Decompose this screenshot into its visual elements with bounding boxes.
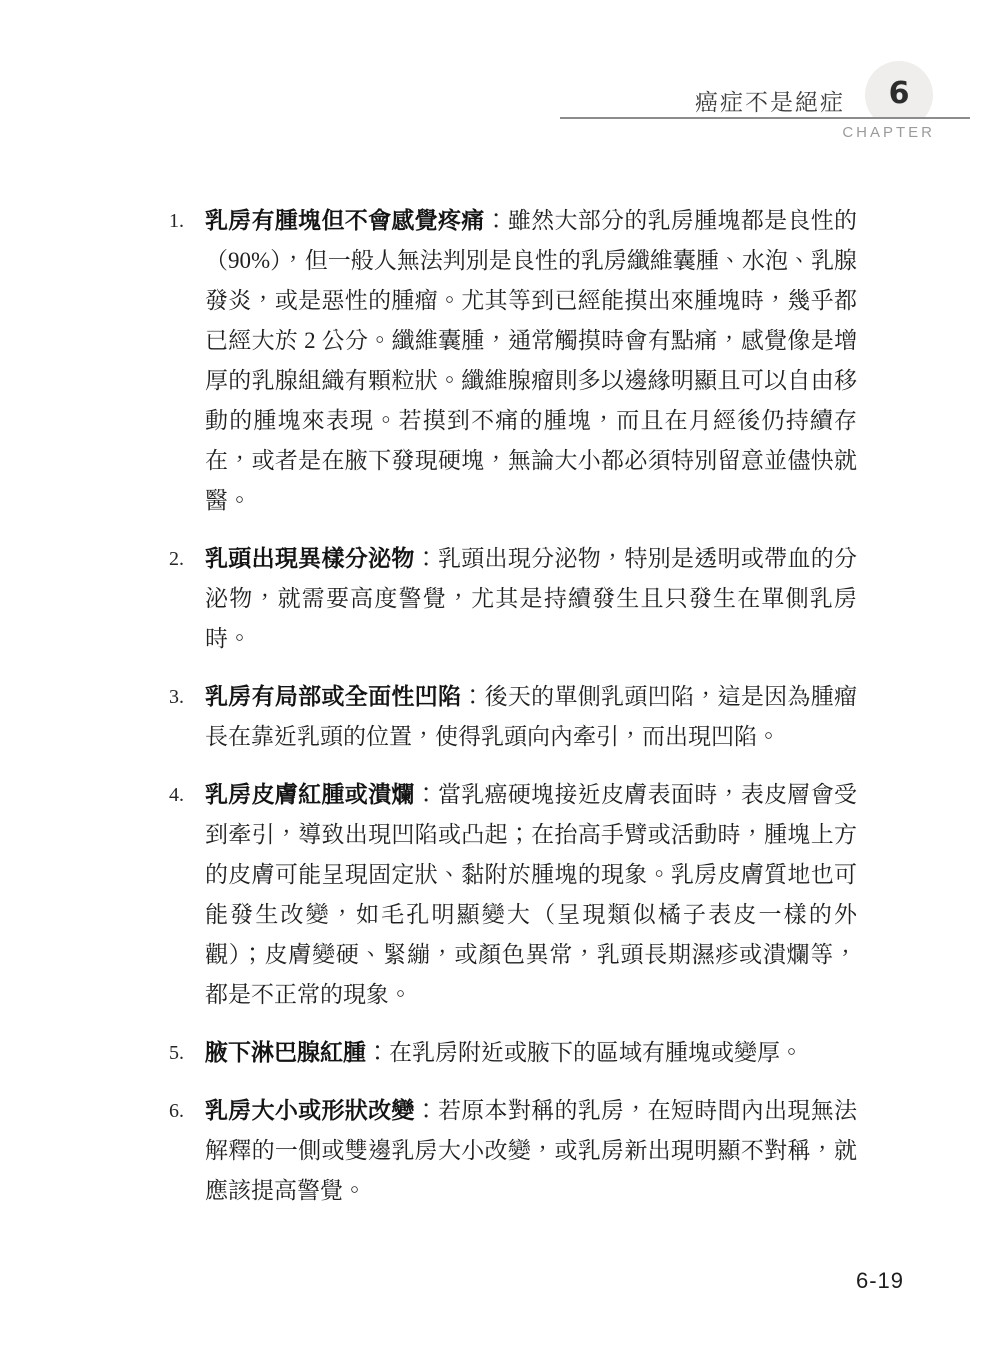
list-item: 3. 乳房有局部或全面性凹陷：後天的單側乳頭凹陷，這是因為腫瘤長在靠近乳頭的位置…: [169, 677, 857, 757]
list-item-heading: 乳房有局部或全面性凹陷: [205, 684, 461, 709]
header-rule: [560, 117, 970, 119]
list-item-number: 2.: [169, 539, 205, 659]
list-item-heading: 乳房大小或形狀改變: [205, 1098, 415, 1123]
list-item-text: 乳房有局部或全面性凹陷：後天的單側乳頭凹陷，這是因為腫瘤長在靠近乳頭的位置，使得…: [205, 677, 857, 757]
list-item-heading: 乳頭出現異樣分泌物: [205, 546, 415, 571]
list-item-number: 1.: [169, 201, 205, 521]
list-item-number: 5.: [169, 1033, 205, 1073]
list-item-number: 3.: [169, 677, 205, 757]
chapter-number: 6: [889, 76, 910, 115]
list-item-body: 在乳房附近或腋下的區域有腫塊或變厚。: [389, 1040, 803, 1065]
list-item-separator: ：: [461, 684, 484, 709]
list-item: 4. 乳房皮膚紅腫或潰爛：當乳癌硬塊接近皮膚表面時，表皮層會受到牽引，導致出現凹…: [169, 775, 857, 1015]
list-item-text: 乳房皮膚紅腫或潰爛：當乳癌硬塊接近皮膚表面時，表皮層會受到牽引，導致出現凹陷或凸…: [205, 775, 857, 1015]
list-item: 2. 乳頭出現異樣分泌物：乳頭出現分泌物，特別是透明或帶血的分泌物，就需要高度警…: [169, 539, 857, 659]
chapter-circle: 6: [865, 61, 933, 117]
list-item-body: 雖然大部分的乳房腫塊都是良性的（90%），但一般人無法判別是良性的乳房纖維囊腫、…: [205, 208, 857, 513]
list-item-heading: 腋下淋巴腺紅腫: [205, 1040, 366, 1065]
list-item-text: 乳頭出現異樣分泌物：乳頭出現分泌物，特別是透明或帶血的分泌物，就需要高度警覺，尤…: [205, 539, 857, 659]
book-title: 癌症不是絕症: [695, 84, 845, 117]
list-item: 1. 乳房有腫塊但不會感覺疼痛：雖然大部分的乳房腫塊都是良性的（90%），但一般…: [169, 201, 857, 521]
chapter-label: CHAPTER: [842, 124, 935, 141]
chapter-badge: 6: [865, 61, 935, 117]
list-item-heading: 乳房皮膚紅腫或潰爛: [205, 782, 415, 807]
symptom-list: 1. 乳房有腫塊但不會感覺疼痛：雖然大部分的乳房腫塊都是良性的（90%），但一般…: [169, 201, 857, 1229]
list-item-separator: ：: [415, 782, 438, 807]
list-item-body: 當乳癌硬塊接近皮膚表面時，表皮層會受到牽引，導致出現凹陷或凸起；在抬高手臂或活動…: [205, 782, 857, 1007]
list-item-separator: ：: [415, 546, 438, 571]
page-number: 6-19: [856, 1268, 904, 1294]
list-item-separator: ：: [366, 1040, 389, 1065]
list-item: 5. 腋下淋巴腺紅腫：在乳房附近或腋下的區域有腫塊或變厚。: [169, 1033, 857, 1073]
list-item-text: 乳房有腫塊但不會感覺疼痛：雖然大部分的乳房腫塊都是良性的（90%），但一般人無法…: [205, 201, 857, 521]
book-page: 癌症不是絕症 6 CHAPTER 1. 乳房有腫塊但不會感覺疼痛：雖然大部分的乳…: [0, 0, 1000, 1353]
list-item-text: 乳房大小或形狀改變：若原本對稱的乳房，在短時間內出現無法解釋的一側或雙邊乳房大小…: [205, 1091, 857, 1211]
list-item-text: 腋下淋巴腺紅腫：在乳房附近或腋下的區域有腫塊或變厚。: [205, 1033, 857, 1073]
list-item-separator: ：: [485, 208, 508, 233]
list-item: 6. 乳房大小或形狀改變：若原本對稱的乳房，在短時間內出現無法解釋的一側或雙邊乳…: [169, 1091, 857, 1211]
list-item-separator: ：: [415, 1098, 438, 1123]
list-item-heading: 乳房有腫塊但不會感覺疼痛: [205, 208, 485, 233]
list-item-number: 6.: [169, 1091, 205, 1211]
list-item-number: 4.: [169, 775, 205, 1015]
